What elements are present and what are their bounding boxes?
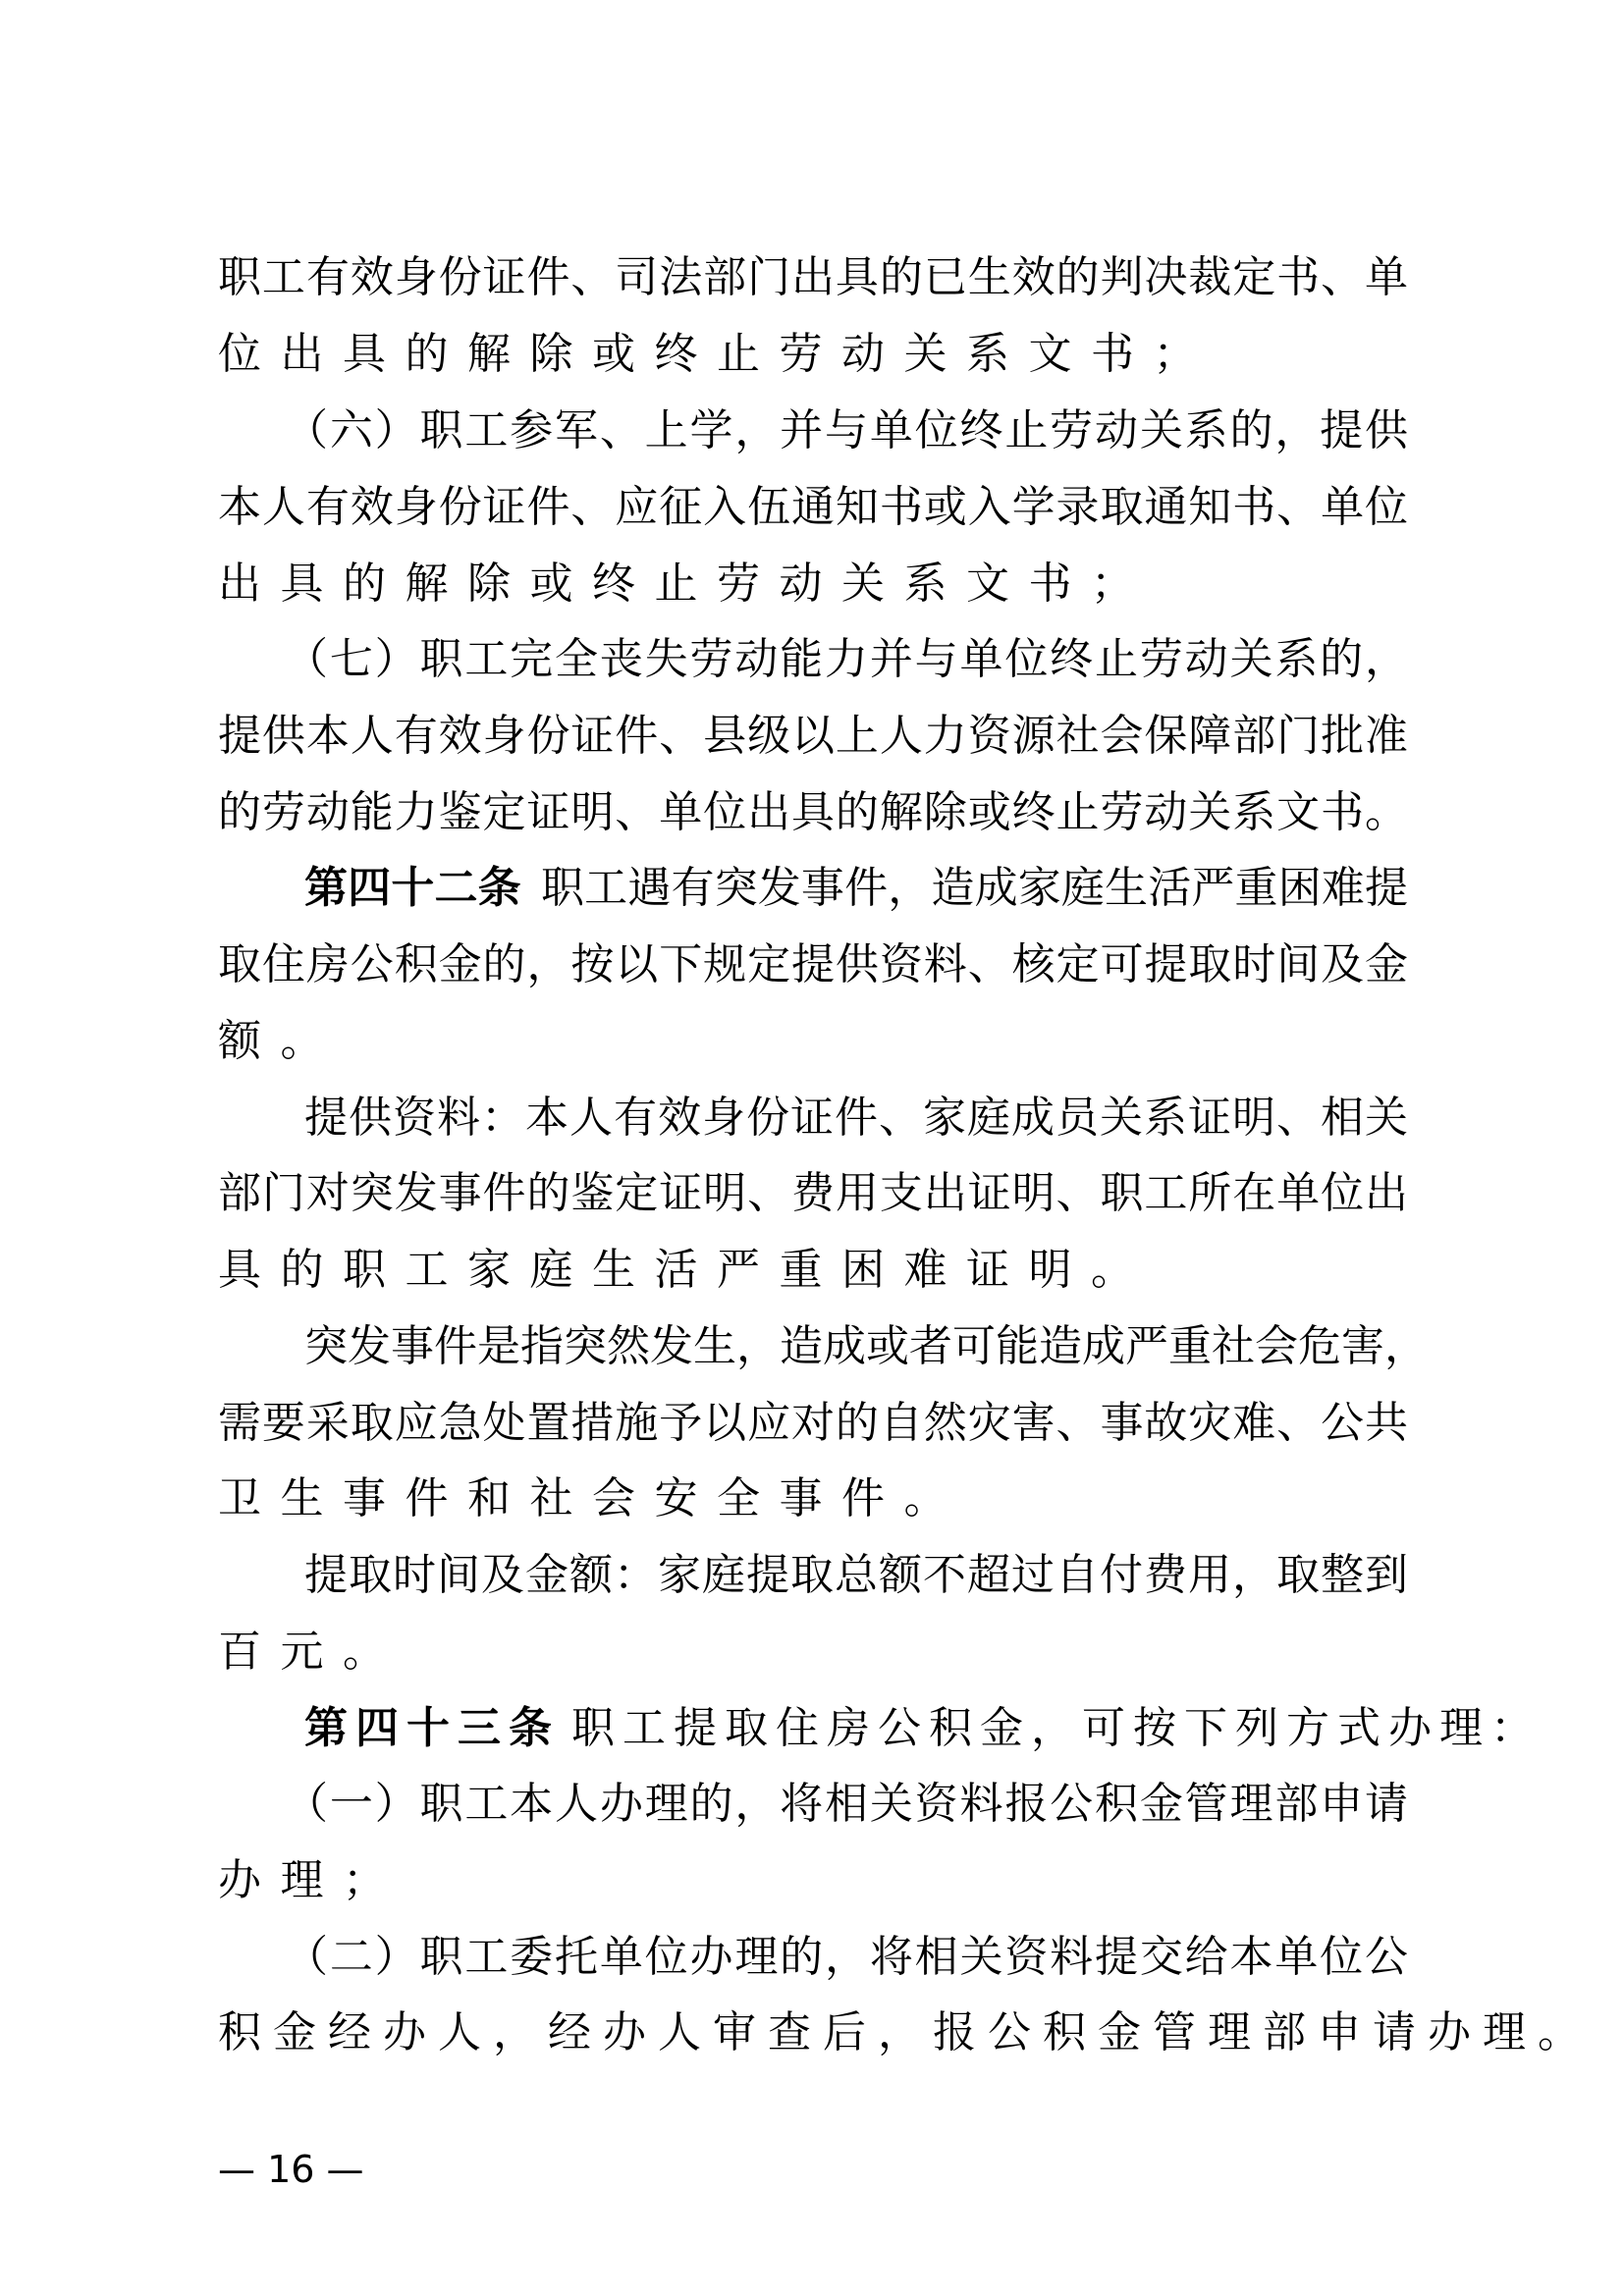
- article-43-text: 职工提取住房公积金，可按下列方式办理：: [571, 1703, 1542, 1753]
- paragraph-line: 职工有效身份证件、司法部门出具的已生效的判决裁定书、单: [218, 240, 1408, 316]
- page-number: — 16 —: [218, 2145, 364, 2194]
- paragraph-line: 部门对突发事件的鉴定证明、费用支出证明、职工所在单位出: [218, 1155, 1408, 1232]
- paragraph-line: 取住房公积金的，按以下规定提供资料、核定可提取时间及金: [218, 927, 1408, 1003]
- paragraph-line: 积金经办人，经办人审查后，报公积金管理部申请办理。: [218, 1995, 1408, 2071]
- article-42-text: 职工遇有突发事件，造成家庭生活严重困难提: [541, 863, 1408, 913]
- materials-line: 提供资料：本人有效身份证件、家庭成员关系证明、相关: [304, 1080, 1408, 1156]
- item-seven-line: （七）职工完全丧失劳动能力并与单位终止劳动关系的，: [285, 621, 1408, 698]
- paragraph-line: 具的职工家庭生活严重困难证明。: [218, 1232, 1408, 1308]
- paragraph-line: 提供本人有效身份证件、县级以上人力资源社会保障部门批准: [218, 698, 1408, 774]
- item-six-line: （六）职工参军、上学，并与单位终止劳动关系的，提供: [285, 393, 1408, 469]
- paragraph-line: 百元。: [218, 1614, 1408, 1690]
- article-42-heading: 第四十二条: [304, 863, 521, 913]
- document-page: 职工有效身份证件、司法部门出具的已生效的判决裁定书、单 位出具的解除或终止劳动关…: [0, 0, 1624, 2296]
- article-42-first-line: 第四十二条职工遇有突发事件，造成家庭生活严重困难提: [304, 850, 1408, 927]
- paragraph-line: 位出具的解除或终止劳动关系文书；: [218, 316, 1408, 393]
- paragraph-line: 的劳动能力鉴定证明、单位出具的解除或终止劳动关系文书。: [218, 774, 1408, 851]
- item-two-line: （二）职工委托单位办理的，将相关资料提交给本单位公: [285, 1919, 1408, 1996]
- article-43-first-line: 第四十三条职工提取住房公积金，可按下列方式办理：: [304, 1690, 1408, 1767]
- paragraph-line: 卫生事件和社会安全事件。: [218, 1461, 1408, 1537]
- paragraph-line: 办理；: [218, 1842, 1408, 1919]
- paragraph-line: 本人有效身份证件、应征入伍通知书或入学录取通知书、单位: [218, 469, 1408, 546]
- article-43-heading: 第四十三条: [304, 1703, 560, 1753]
- time-amount-line: 提取时间及金额：家庭提取总额不超过自付费用，取整到: [304, 1537, 1408, 1614]
- item-one-line: （一）职工本人办理的，将相关资料报公积金管理部申请: [285, 1766, 1408, 1842]
- paragraph-line: 需要采取应急处置措施予以应对的自然灾害、事故灾难、公共: [218, 1385, 1408, 1462]
- paragraph-line: 额。: [218, 1003, 1408, 1080]
- paragraph-line: 出具的解除或终止劳动关系文书；: [218, 546, 1408, 622]
- emergency-definition-line: 突发事件是指突然发生，造成或者可能造成严重社会危害，: [304, 1308, 1408, 1385]
